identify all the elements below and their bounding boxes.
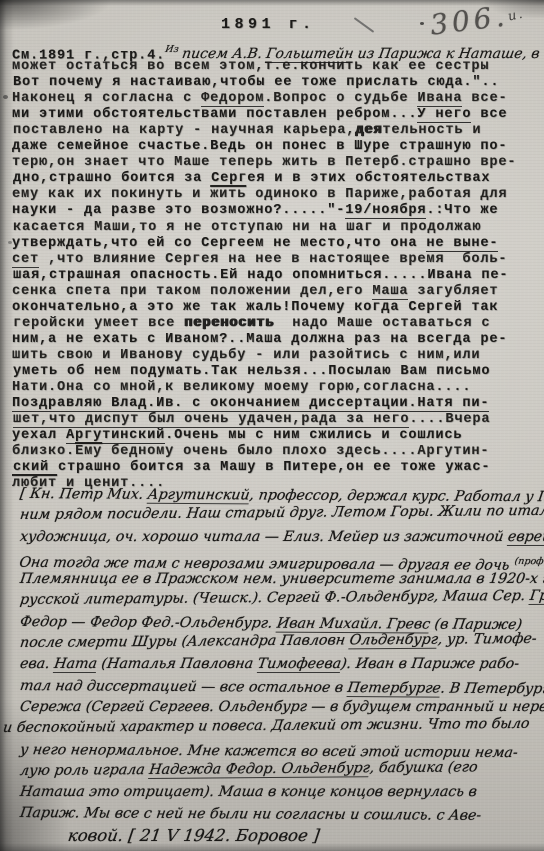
pencil-stroke-mark [354,17,375,33]
underlined-text: Ивана [417,91,462,107]
stray-pen-mark: и. [507,6,526,24]
text-segment: Наконец я согласна с [12,91,201,106]
handwriting-line: ева. Ната (Наталья Павловна Тимофеева). … [19,654,540,675]
text-segment: одиноко в Париже,работая для [246,187,507,202]
handwriting-line: лую роль играла Надежда Федор. Ольденбур… [19,757,540,782]
pencil-dot [420,22,424,25]
text-segment: тельность и [382,123,481,138]
text-segment: ). Иван в Париже рабо- [340,656,520,672]
typed-line: шить свою и Иванову судьбу - или разойти… [12,348,544,364]
text-segment: (проф.) [514,556,544,567]
underlined-text: Федором [201,91,264,107]
handwriting-line: художница, оч. хорошо читала — Елиз. Мей… [19,527,540,548]
text-segment: Наташа это отрицает). Маша в конце концо… [19,784,478,800]
text-segment: .:Что же [426,203,498,218]
text-segment: Федор — Федор Фед.-Ольденбург. [19,614,278,632]
text-segment: окончательно,а это же так жаль!Почему ко… [12,300,498,315]
typed-line: Нати.Она со мной,к великому моему горю,с… [12,380,544,396]
typed-line: дно,страшно боится за Сергея и в этих об… [13,171,544,187]
text-segment: все- [462,91,507,106]
typed-line: сенка спета при таком положении дел,его … [12,284,544,300]
text-segment: загубляет [408,284,498,299]
underlined-text: Тимофеева [256,656,342,673]
text-segment: и беспокойный характер и повеса. Далекий… [2,716,530,736]
typed-line: ним,а не ехать с Иваном?..Маша должна ра… [12,332,544,348]
typed-line: может остаться во всем этом,т.е.кончить … [12,59,544,75]
text-segment: жить [210,187,246,202]
year-heading: 1891 г. [221,16,316,33]
underlined-text: Аргутинский [66,428,165,444]
typed-line: утверждать,что ей со Сергеем не место,чт… [12,236,544,252]
text-segment: ....Вчера [409,412,490,427]
text-segment: ковой. [67,826,130,845]
text-segment: все [471,107,507,122]
underlined-text: Аргутинский [147,487,251,505]
text-segment: касается Маши,то я не отступаю ни на шаг… [13,220,481,235]
underlined-text: Ната [53,656,98,673]
handwriting-line: и беспокойный характер и повеса. Далекий… [2,714,540,739]
typed-line: шет,что диспут был очень удачен,рада за … [13,412,544,428]
underlined-text: не выне- [426,236,498,252]
typed-line: Поздравляю Влад.Ив. с окончанием диссерт… [12,396,544,412]
text-segment: даже семейное счастье.Ведь он понес в Шу… [12,139,507,154]
typed-line: близко.Ему бедному очень было плохо здес… [12,444,544,460]
handwriting-line: Наташа это отрицает). Маша в конце концо… [19,782,540,803]
handwritten-annotation-block: [ Кн. Петр Мих. Аргутинский, профессор, … [20,484,538,846]
underlined-text: Маша [372,284,408,300]
typed-line: терю,он знает что Маше теперь жить в Пет… [12,155,544,171]
typed-line: Наконец я согласна с Федором.Вопрос о су… [12,91,544,107]
typed-line: шая,страшная опасность.Ей надо опомнитьс… [13,268,544,284]
typed-line: Вот почему я настаиваю,чтобы ее тоже при… [13,75,544,91]
text-segment: шить свою и Иванову судьбу - или разойти… [12,348,480,363]
text-segment: [ 21 V 1942. Боровое ] [127,826,321,845]
typed-line: касается Маши,то я не отступаю ни на шаг… [13,220,544,236]
text-segment: поставлено на карту - научная карьера, [13,123,355,138]
handwritten-page-number: 306. [428,0,510,42]
typed-line: поставлено на карту - научная карьера,де… [13,123,544,139]
text-segment: уметь об нем подумать.Так нельзя...Посыл… [13,364,490,379]
text-segment: .Вопрос о судьбе [264,91,417,106]
underlined-text: сет [12,252,39,268]
ink-smudge [3,95,8,99]
text-segment: ева. [19,656,55,672]
typed-line: науки - да разве это возможно?....."-19/… [12,203,544,219]
text-segment: терю,он знает что Маше теперь жить в Пет… [12,155,516,170]
underlined-text: 19/ноября [345,203,426,219]
text-segment: . В Петербурге [440,680,544,697]
handwriting-line: русской литературы. (Чешск.). Сергей Ф.-… [19,586,540,611]
text-segment: .Очень мы с ним сжились и сошлись [165,428,462,443]
text-segment: лую роль играла [19,762,150,779]
text-segment: Ему [75,444,102,459]
text-segment: после смерти Шуры (Александра Павловн [19,632,351,651]
text-segment: [ Кн. Петр Мих. [19,486,149,503]
typed-line: окончательно,а это же так жаль!Почему ко… [12,300,544,316]
text-segment: Вот почему я настаиваю,чтобы ее тоже при… [13,75,499,90]
typed-line: См.1891 г.,стр.4.Из писем А.В. Гольштейн… [12,43,544,59]
text-segment: русской литературы. (Чешск.). Сергей Ф.-… [19,588,531,608]
typed-line: ский страшно боится за Машу в Питере,он … [13,460,544,476]
text-segment: близко. [12,444,75,459]
underlined-text: Надежда Федор. Ольденбург [148,760,371,779]
underlined-text: Петербурге [346,680,442,698]
text-segment: науки - да разве это возможно?....."- [12,203,345,218]
handwriting-line: ковой. [ 21 V 1942. Боровое ] [67,825,540,846]
paper-corner-shadow-topleft [0,0,110,30]
text-segment: Нати.Она со мной,к великому моему горю,с… [12,380,471,395]
typed-line: даже семейное счастье.Ведь он понес в Шу… [12,139,544,155]
text-segment: Племянница ее в Пражском нем. университе… [19,571,544,587]
text-segment: геройски умеет все [13,316,184,331]
underlined-text: Поздравляю Влад.Ив. с окончанием диссерт… [12,396,489,412]
underlined-text: Ольденбург [348,632,439,650]
text-segment: (Наталья Павловна [96,656,259,672]
handwriting-line: ним рядом посидели. Наш старый друг. Лет… [19,501,540,526]
text-segment: ми этими обстоятельствами поставлен ребр… [12,107,417,122]
underlined-text: У него [417,107,471,123]
text-segment: сенка спета при таком положении дел,его [12,284,372,299]
underlined-text: еврейской [507,529,544,546]
text-segment: тал над диссертацией — все остальное в [19,678,349,696]
text-segment: Из [164,42,183,58]
typed-line: геройски умеет все переносить надо Маше … [13,316,544,332]
text-segment: ему как их покинуть и [12,187,210,202]
text-segment: может остаться во всем этом,т.е.кончить … [12,59,489,74]
text-segment: уехал [12,428,66,443]
text-segment: дея [355,123,382,138]
text-segment: ним рядом посидели. Наш старый друг. Лет… [19,502,544,523]
text-segment: художница, оч. хорошо читала — Елиз. Мей… [19,529,509,545]
text-segment: , ур. Тимофе- [437,631,538,648]
text-segment: ним,а не ехать с Иваном?..Маша должна ра… [12,332,507,347]
text-segment: дно,страшно боится за Сергея и в этих об… [13,171,490,186]
typed-line: уехал Аргутинский.Очень мы с ним сжились… [12,428,544,444]
typewritten-text-block: См.1891 г.,стр.4.Из писем А.В. Гольштейн… [12,43,544,492]
text-segment: , бабушка (его [369,759,479,776]
text-segment: надо Маше оставаться с [274,316,490,331]
text-segment: переносить [184,316,274,331]
typed-line: сет ,что влияние Сергея на нее в настоящ… [12,252,544,268]
typed-line: уметь об нем подумать.Так нельзя...Посыл… [13,364,544,380]
text-segment: шая,страшная опасность.Ей надо опомнитьс… [13,268,508,283]
document-page: 1891 г. 306. и. См.1891 г.,стр.4.Из писе… [0,0,544,851]
text-segment: Париж. Мы все с ней не были ни согласны … [19,805,482,824]
text-segment: бедному очень было плохо здесь....Аргути… [102,444,489,459]
text-segment: утверждать,что ей со Сергеем не место,чт… [12,236,426,251]
text-segment: ,что влияние Сергея на нее в настоящее в… [39,252,507,267]
underlined-text: шет,что диспут был очень удачен,рада за … [13,412,409,428]
typed-line: ему как их покинуть и жить одиноко в Пар… [12,187,544,203]
text-segment: Сережа (Сергей Сергеев. Ольденбург — в б… [19,699,544,715]
handwriting-line: после смерти Шуры (Александра Павловн Ол… [19,629,540,654]
typed-line: ми этими обстоятельствами поставлен ребр… [12,107,544,123]
underlined-text: Гревс [529,588,544,605]
text-segment: ский страшно боится за Машу в Питере,он … [13,460,490,475]
